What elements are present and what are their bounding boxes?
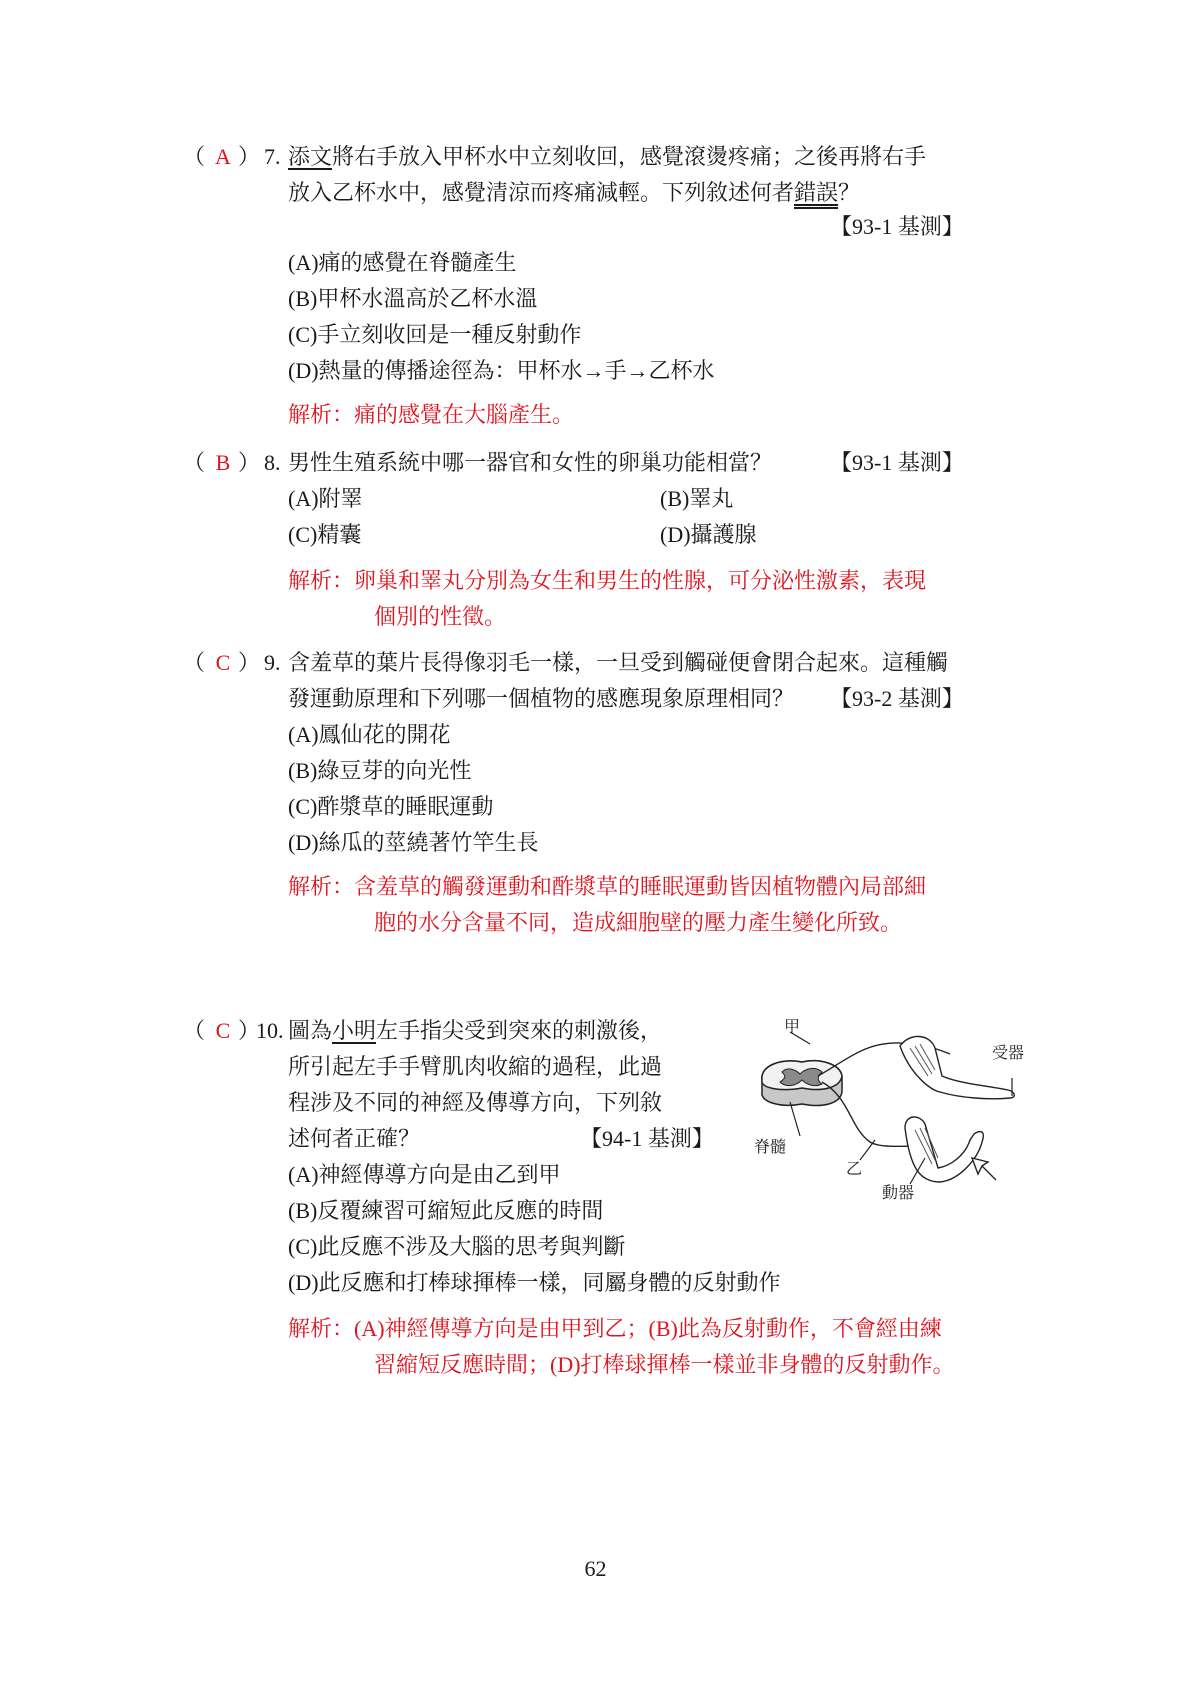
emphasis-word: 錯誤 — [794, 180, 838, 205]
explanation-continued: 胞的水分含量不同，造成細胞壁的壓力產生變化所致。 — [374, 908, 902, 938]
stimulus-arrow-icon — [972, 1158, 996, 1180]
explanation-label: 解析： — [288, 402, 354, 427]
exam-source: 【93-1 基測】 — [830, 212, 964, 242]
option-b: (B)甲杯水溫高於乙杯水溫 — [288, 284, 537, 314]
question-stem-line: 述何者正確？ — [288, 1124, 420, 1154]
option-b: (B)反覆練習可縮短此反應的時間 — [288, 1196, 603, 1226]
explanation: 解析：痛的感覺在大腦產生。 — [288, 400, 574, 430]
label-effector: 動器 — [882, 1180, 914, 1203]
answer-close-paren: ） — [238, 648, 260, 678]
answer-open-paren: （ — [183, 448, 205, 478]
answer-key: A — [208, 142, 238, 172]
question-stem-line: 含羞草的葉片長得像羽毛一樣，一旦受到觸碰便會閉合起來。這種觸 — [288, 648, 948, 678]
explanation-continued: 習縮短反應時間；(D)打棒球揮棒一樣並非身體的反射動作。 — [374, 1350, 955, 1380]
option-b: (B)綠豆芽的向光性 — [288, 756, 471, 786]
exam-source: 【93-1 基測】 — [830, 448, 964, 478]
answer-open-paren: （ — [183, 648, 205, 678]
reflex-arc-illustration — [760, 1018, 1025, 1198]
question-number: 8. — [264, 448, 281, 478]
page-number: 62 — [0, 1556, 1191, 1582]
option-d: (D)熱量的傳播途徑為：甲杯水→手→乙杯水 — [288, 356, 715, 386]
question-stem-line: 男性生殖系統中哪一器官和女性的卵巢功能相當？ — [288, 448, 772, 478]
explanation-label: 解析： — [288, 568, 354, 593]
explanation: 解析：(A)神經傳導方向是由甲到乙；(B)此為反射動作，不會經由練 — [288, 1314, 942, 1344]
option-a: (A)痛的感覺在脊髓產生 — [288, 248, 517, 278]
answer-close-paren: ） — [238, 142, 260, 172]
label-nerve-a: 甲 — [784, 1014, 800, 1037]
answer-key: C — [208, 1016, 238, 1046]
option-a: (A)神經傳導方向是由乙到甲 — [288, 1160, 561, 1190]
answer-key: B — [208, 448, 238, 478]
option-c: (C)此反應不涉及大腦的思考與判斷 — [288, 1232, 625, 1262]
question-number: 10. — [256, 1016, 284, 1046]
option-c: (C)酢漿草的睡眠運動 — [288, 792, 493, 822]
person-name: 小明 — [332, 1018, 376, 1043]
exam-source: 【93-2 基測】 — [830, 684, 964, 714]
question-stem-line: 程涉及不同的神經及傳導方向，下列敘 — [288, 1088, 662, 1118]
question-stem-line: 圖為小明左手指尖受到突來的刺激後， — [288, 1016, 662, 1046]
explanation-label: 解析： — [288, 1316, 354, 1341]
option-a: (A)附睪 — [288, 484, 363, 514]
option-d: (D)攝護腺 — [660, 520, 757, 550]
question-stem-line: 添文將右手放入甲杯水中立刻收回，感覺滾燙疼痛；之後再將右手 — [288, 142, 926, 172]
option-a: (A)鳳仙花的開花 — [288, 720, 451, 750]
answer-key: C — [208, 648, 238, 678]
question-stem-line: 放入乙杯水中，感覺清涼而疼痛減輕。下列敘述何者錯誤？ — [288, 178, 860, 208]
explanation: 解析：含羞草的觸發運動和酢漿草的睡眠運動皆因植物體內局部細 — [288, 872, 926, 902]
person-name: 添文 — [288, 144, 332, 169]
option-d: (D)此反應和打棒球揮棒一樣，同屬身體的反射動作 — [288, 1268, 781, 1298]
answer-close-paren: ） — [238, 448, 260, 478]
option-d: (D)絲瓜的莖繞著竹竿生長 — [288, 828, 539, 858]
option-c: (C)手立刻收回是一種反射動作 — [288, 320, 581, 350]
answer-open-paren: （ — [183, 142, 205, 172]
question-number: 7. — [264, 142, 281, 172]
label-nerve-b: 乙 — [846, 1156, 862, 1179]
option-c: (C)精囊 — [288, 520, 361, 550]
explanation-continued: 個別的性徵。 — [374, 602, 506, 632]
reflex-arc-diagram: 甲 受器 脊髓 乙 動器 — [760, 1018, 1025, 1198]
explanation-label: 解析： — [288, 874, 354, 899]
question-number: 9. — [264, 648, 281, 678]
explanation: 解析：卵巢和睪丸分別為女生和男生的性腺，可分泌性激素，表現 — [288, 566, 926, 596]
label-receptor: 受器 — [992, 1040, 1024, 1063]
answer-open-paren: （ — [183, 1016, 205, 1046]
exam-source: 【94-1 基測】 — [580, 1124, 714, 1154]
label-spinal-cord: 脊髓 — [754, 1134, 786, 1157]
spinal-cord-icon — [762, 1061, 842, 1106]
question-stem-line: 發運動原理和下列哪一個植物的感應現象原理相同？ — [288, 684, 794, 714]
question-stem-line: 所引起左手手臂肌肉收縮的過程，此過 — [288, 1052, 662, 1082]
option-b: (B)睪丸 — [660, 484, 733, 514]
